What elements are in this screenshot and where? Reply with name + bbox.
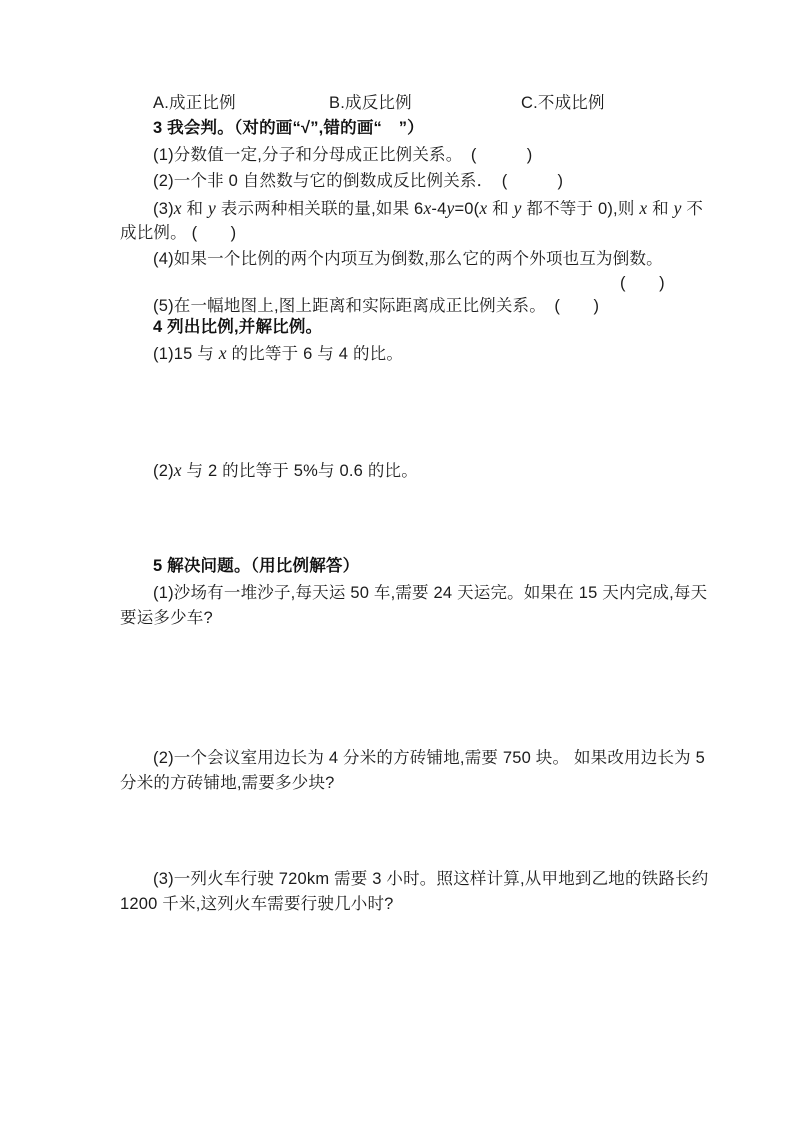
text-run: 1200 千米,这列火车需要行驶几小时? [120, 895, 394, 913]
text-run: 要运多少车? [120, 609, 213, 627]
worksheet-page: A.成正比例 B.成反比例 C.不成比例 3 我会判。（对的画“√”,错的画“ … [0, 0, 793, 1122]
text-run: x [174, 198, 182, 218]
text-run: (1)沙场有一堆沙子,每天运 50 车,需要 24 天运完。如果在 15 天内完… [153, 584, 707, 602]
q3-item-3-line-2: 成比例。 ( ) [120, 221, 236, 245]
text-run: 分米的方砖铺地,需要多少块? [120, 774, 335, 792]
q4-heading: 4 列出比例,并解比例。 [153, 315, 322, 339]
q3-heading: 3 我会判。（对的画“√”,错的画“ ”） [153, 116, 424, 140]
text-run: 的比等于 6 与 4 的比。 [227, 345, 403, 363]
q4-item-2: (2)x 与 2 的比等于 5%与 0.6 的比。 [153, 458, 418, 483]
q5-item-2-line-1: (2)一个会议室用边长为 4 分米的方砖铺地,需要 750 块。 如果改用边长为… [153, 746, 705, 770]
text-run: (4)如果一个比例的两个内项互为倒数,那么它的两个外项也互为倒数。 [153, 250, 663, 268]
text-run: (2)一个非 0 自然数与它的倒数成反比例关系． ( ) [153, 172, 563, 190]
q5-item-3-line-1: (3)一列火车行驶 720km 需要 3 小时。照这样计算,从甲地到乙地的铁路长… [153, 867, 709, 891]
q3-item-4: (4)如果一个比例的两个内项互为倒数,那么它的两个外项也互为倒数。 [153, 247, 663, 271]
q5-item-2-line-2: 分米的方砖铺地,需要多少块? [120, 771, 335, 795]
text-run: (5)在一幅地图上,图上距离和实际距离成正比例关系。 ( ) [153, 297, 599, 315]
text-run: (2)一个会议室用边长为 4 分米的方砖铺地,需要 750 块。 如果改用边长为… [153, 749, 705, 767]
q5-item-1-line-2: 要运多少车? [120, 606, 213, 630]
q3-item-2: (2)一个非 0 自然数与它的倒数成反比例关系． ( ) [153, 169, 563, 193]
text-run: (3) [153, 200, 174, 218]
text-run: 不 [682, 200, 703, 218]
text-run: 成比例。 ( ) [120, 224, 236, 242]
text-run: 和 [487, 200, 513, 218]
text-run: 和 [182, 200, 208, 218]
text-run: (1)15 与 [153, 345, 219, 363]
text-run: (1)分数值一定,分子和分母成正比例关系。 ( ) [153, 146, 532, 164]
text-run: x [174, 460, 182, 480]
option-c: C.不成比例 [521, 91, 605, 115]
q4-item-1: (1)15 与 x 的比等于 6 与 4 的比。 [153, 341, 403, 366]
q3-item-4-answer-blank: ( ) [620, 271, 665, 295]
q3-item-1: (1)分数值一定,分子和分母成正比例关系。 ( ) [153, 143, 532, 167]
text-run: 和 [647, 200, 673, 218]
text-run: (2) [153, 462, 174, 480]
text-run: =0( [454, 200, 479, 218]
q5-item-3-line-2: 1200 千米,这列火车需要行驶几小时? [120, 892, 394, 916]
text-run: 表示两种相关联的量,如果 6 [216, 200, 423, 218]
q5-heading: 5 解决问题。（用比例解答） [153, 554, 359, 578]
q5-item-1-line-1: (1)沙场有一堆沙子,每天运 50 车,需要 24 天运完。如果在 15 天内完… [153, 581, 707, 605]
q3-item-3-line-1: (3)x 和 y 表示两种相关联的量,如果 6x-4y=0(x 和 y 都不等于… [153, 196, 703, 221]
text-run: 与 2 的比等于 5%与 0.6 的比。 [182, 462, 418, 480]
option-a: A.成正比例 [153, 91, 236, 115]
text-run: y [674, 198, 682, 218]
option-b: B.成反比例 [329, 91, 412, 115]
text-run: y [514, 198, 522, 218]
text-run: -4 [431, 200, 446, 218]
text-run: 都不等于 0),则 [522, 200, 640, 218]
text-run: y [208, 198, 216, 218]
text-run: (3)一列火车行驶 720km 需要 3 小时。照这样计算,从甲地到乙地的铁路长… [153, 870, 709, 888]
text-run: x [219, 343, 227, 363]
